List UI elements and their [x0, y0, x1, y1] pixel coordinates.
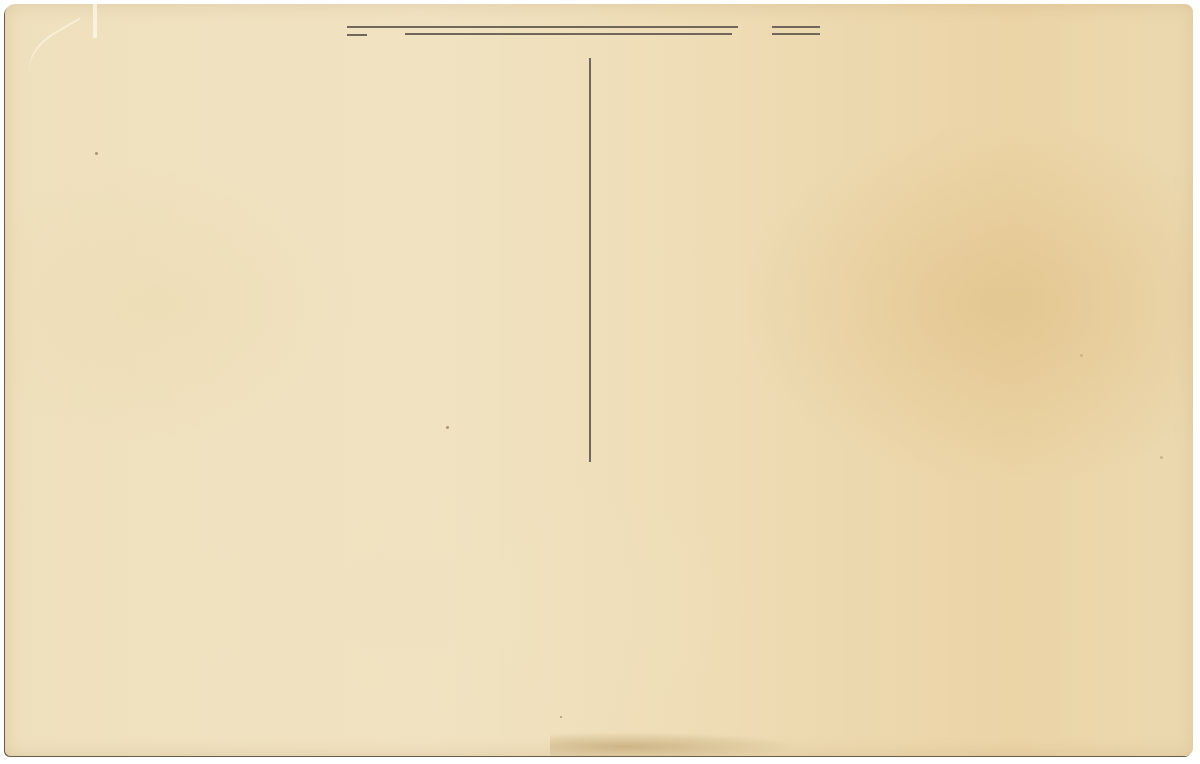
vertical-divider [589, 58, 591, 462]
speck [1080, 354, 1083, 357]
speck [95, 152, 98, 155]
header-right-rule-bottom [772, 33, 820, 35]
message-area [25, 64, 565, 724]
bottom-stain [550, 732, 800, 756]
speck [1160, 456, 1163, 459]
postcard-title: Blank vintage postcard back [5, 4, 6, 5]
address-area [615, 64, 1175, 724]
header-rule-bottom-short [347, 34, 367, 36]
header-right-rule-top [772, 26, 820, 28]
header-rule-bottom-long [405, 33, 732, 35]
header-rule-top [347, 26, 738, 28]
postcard-back: Blank vintage postcard back [5, 4, 1193, 756]
speck [560, 716, 562, 718]
speck [446, 426, 449, 429]
corner-crease [93, 4, 97, 38]
